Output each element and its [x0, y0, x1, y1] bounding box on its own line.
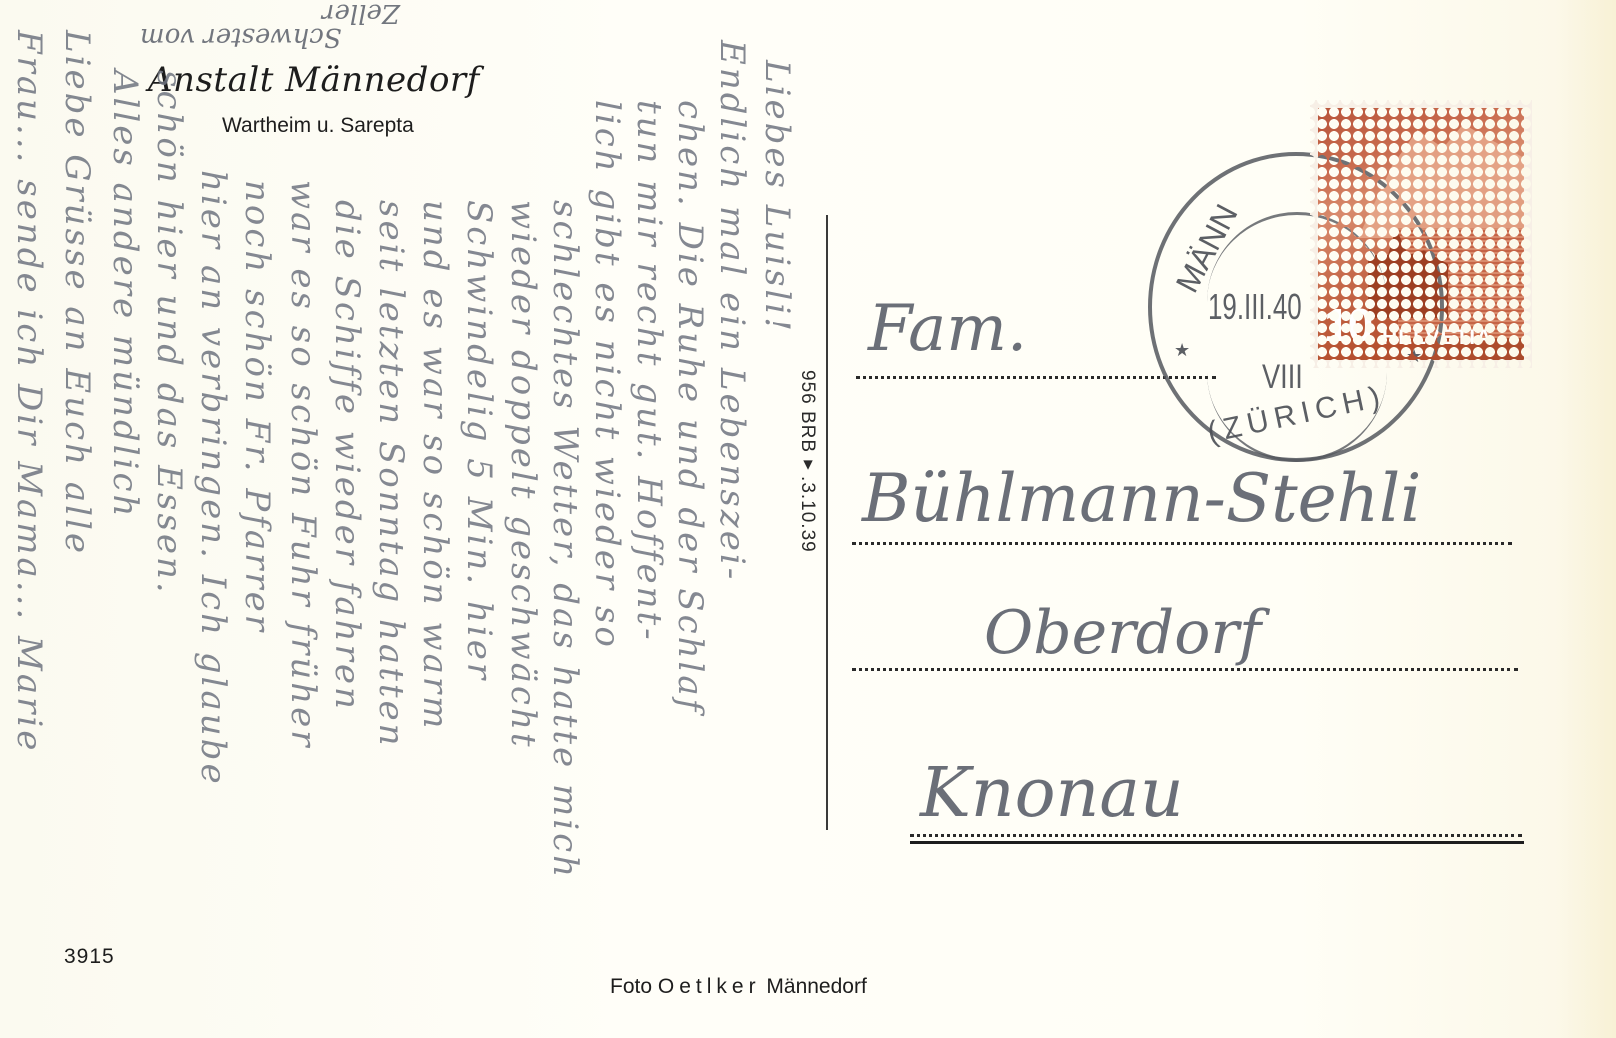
message-line: Liebe Grüsse an Euch alle: [60, 30, 94, 556]
message-line: schlechtes Wetter, das hatte mich: [548, 200, 582, 880]
address-name: Bühlmann-Stehli: [862, 460, 1421, 537]
postmark-star-icon: ★: [1174, 340, 1190, 361]
address-salutation: Fam.: [868, 292, 1027, 366]
photo-credit-prefix: Foto: [610, 975, 652, 998]
stamp-value: 10: [1324, 298, 1371, 352]
address-street: Oberdorf: [984, 598, 1261, 668]
postcard-back: Zeller Schwester vom Anstalt Männedorf W…: [0, 0, 1616, 1038]
handwritten-inverted-line-2: Schwester vom: [140, 22, 342, 52]
address-line-2: [852, 542, 1512, 545]
postage-stamp: 10 HELVETIA: [1310, 100, 1532, 368]
postmark-date: 19.III.40: [1208, 286, 1302, 328]
message-line: Alles andere mündlich: [108, 70, 142, 519]
card-number: 3915: [64, 945, 115, 969]
message-line: Liebes Luisli!: [760, 60, 794, 334]
address-underline: [910, 841, 1524, 844]
message-line: und es war so schön warm: [418, 200, 452, 731]
address-line-4: [910, 834, 1522, 837]
message-line: wieder doppelt geschwächt: [506, 200, 540, 750]
address-line-3: [852, 668, 1518, 671]
message-line: lich gibt es nicht wieder so: [590, 100, 624, 650]
paper-edge-tint: [1556, 0, 1616, 1038]
letterhead-subtitle: Wartheim u. Sarepta: [222, 114, 414, 138]
message-line: seit letzten Sonntag hatten: [374, 200, 408, 749]
message-line: noch schön Fr. Pfarrer: [240, 180, 274, 634]
message-line: Endlich mal ein Lebenszei-: [715, 40, 749, 582]
center-divider: [826, 215, 828, 830]
postmark-district: VIII: [1262, 358, 1303, 397]
print-code: 956 BRB▾.3.10.39: [796, 370, 818, 553]
message-line: tun mir recht gut. Hoffent-: [632, 100, 666, 643]
message-line: Schwindelig 5 Min. hier: [462, 200, 496, 682]
message-line: hier an verbringen. Ich glaube: [196, 170, 230, 787]
stamp-artwork: 10 HELVETIA: [1318, 108, 1524, 360]
letterhead-title: Anstalt Männedorf: [148, 60, 528, 100]
message-line: die Schiffe wieder fahren: [330, 200, 364, 712]
message-line: Frau... sende ich Dir Mama... Marie: [12, 30, 46, 753]
address-town: Knonau: [920, 754, 1184, 833]
stamp-country: HELVETIA: [1382, 326, 1492, 350]
photo-credit-suffix: Männedorf: [766, 975, 866, 998]
photo-credit-name: Oetlker: [658, 975, 761, 998]
photo-credit: Foto Oetlker Männedorf: [610, 975, 867, 999]
message-line: schön hier und das Essen.: [152, 70, 186, 596]
stamp-mountain-illustration: [1358, 118, 1524, 238]
address-line-1: [856, 376, 1216, 379]
message-line: chen. Die Ruhe und der Schlaf: [673, 100, 707, 714]
message-line: war es so schön Fuhr früher: [286, 180, 320, 750]
